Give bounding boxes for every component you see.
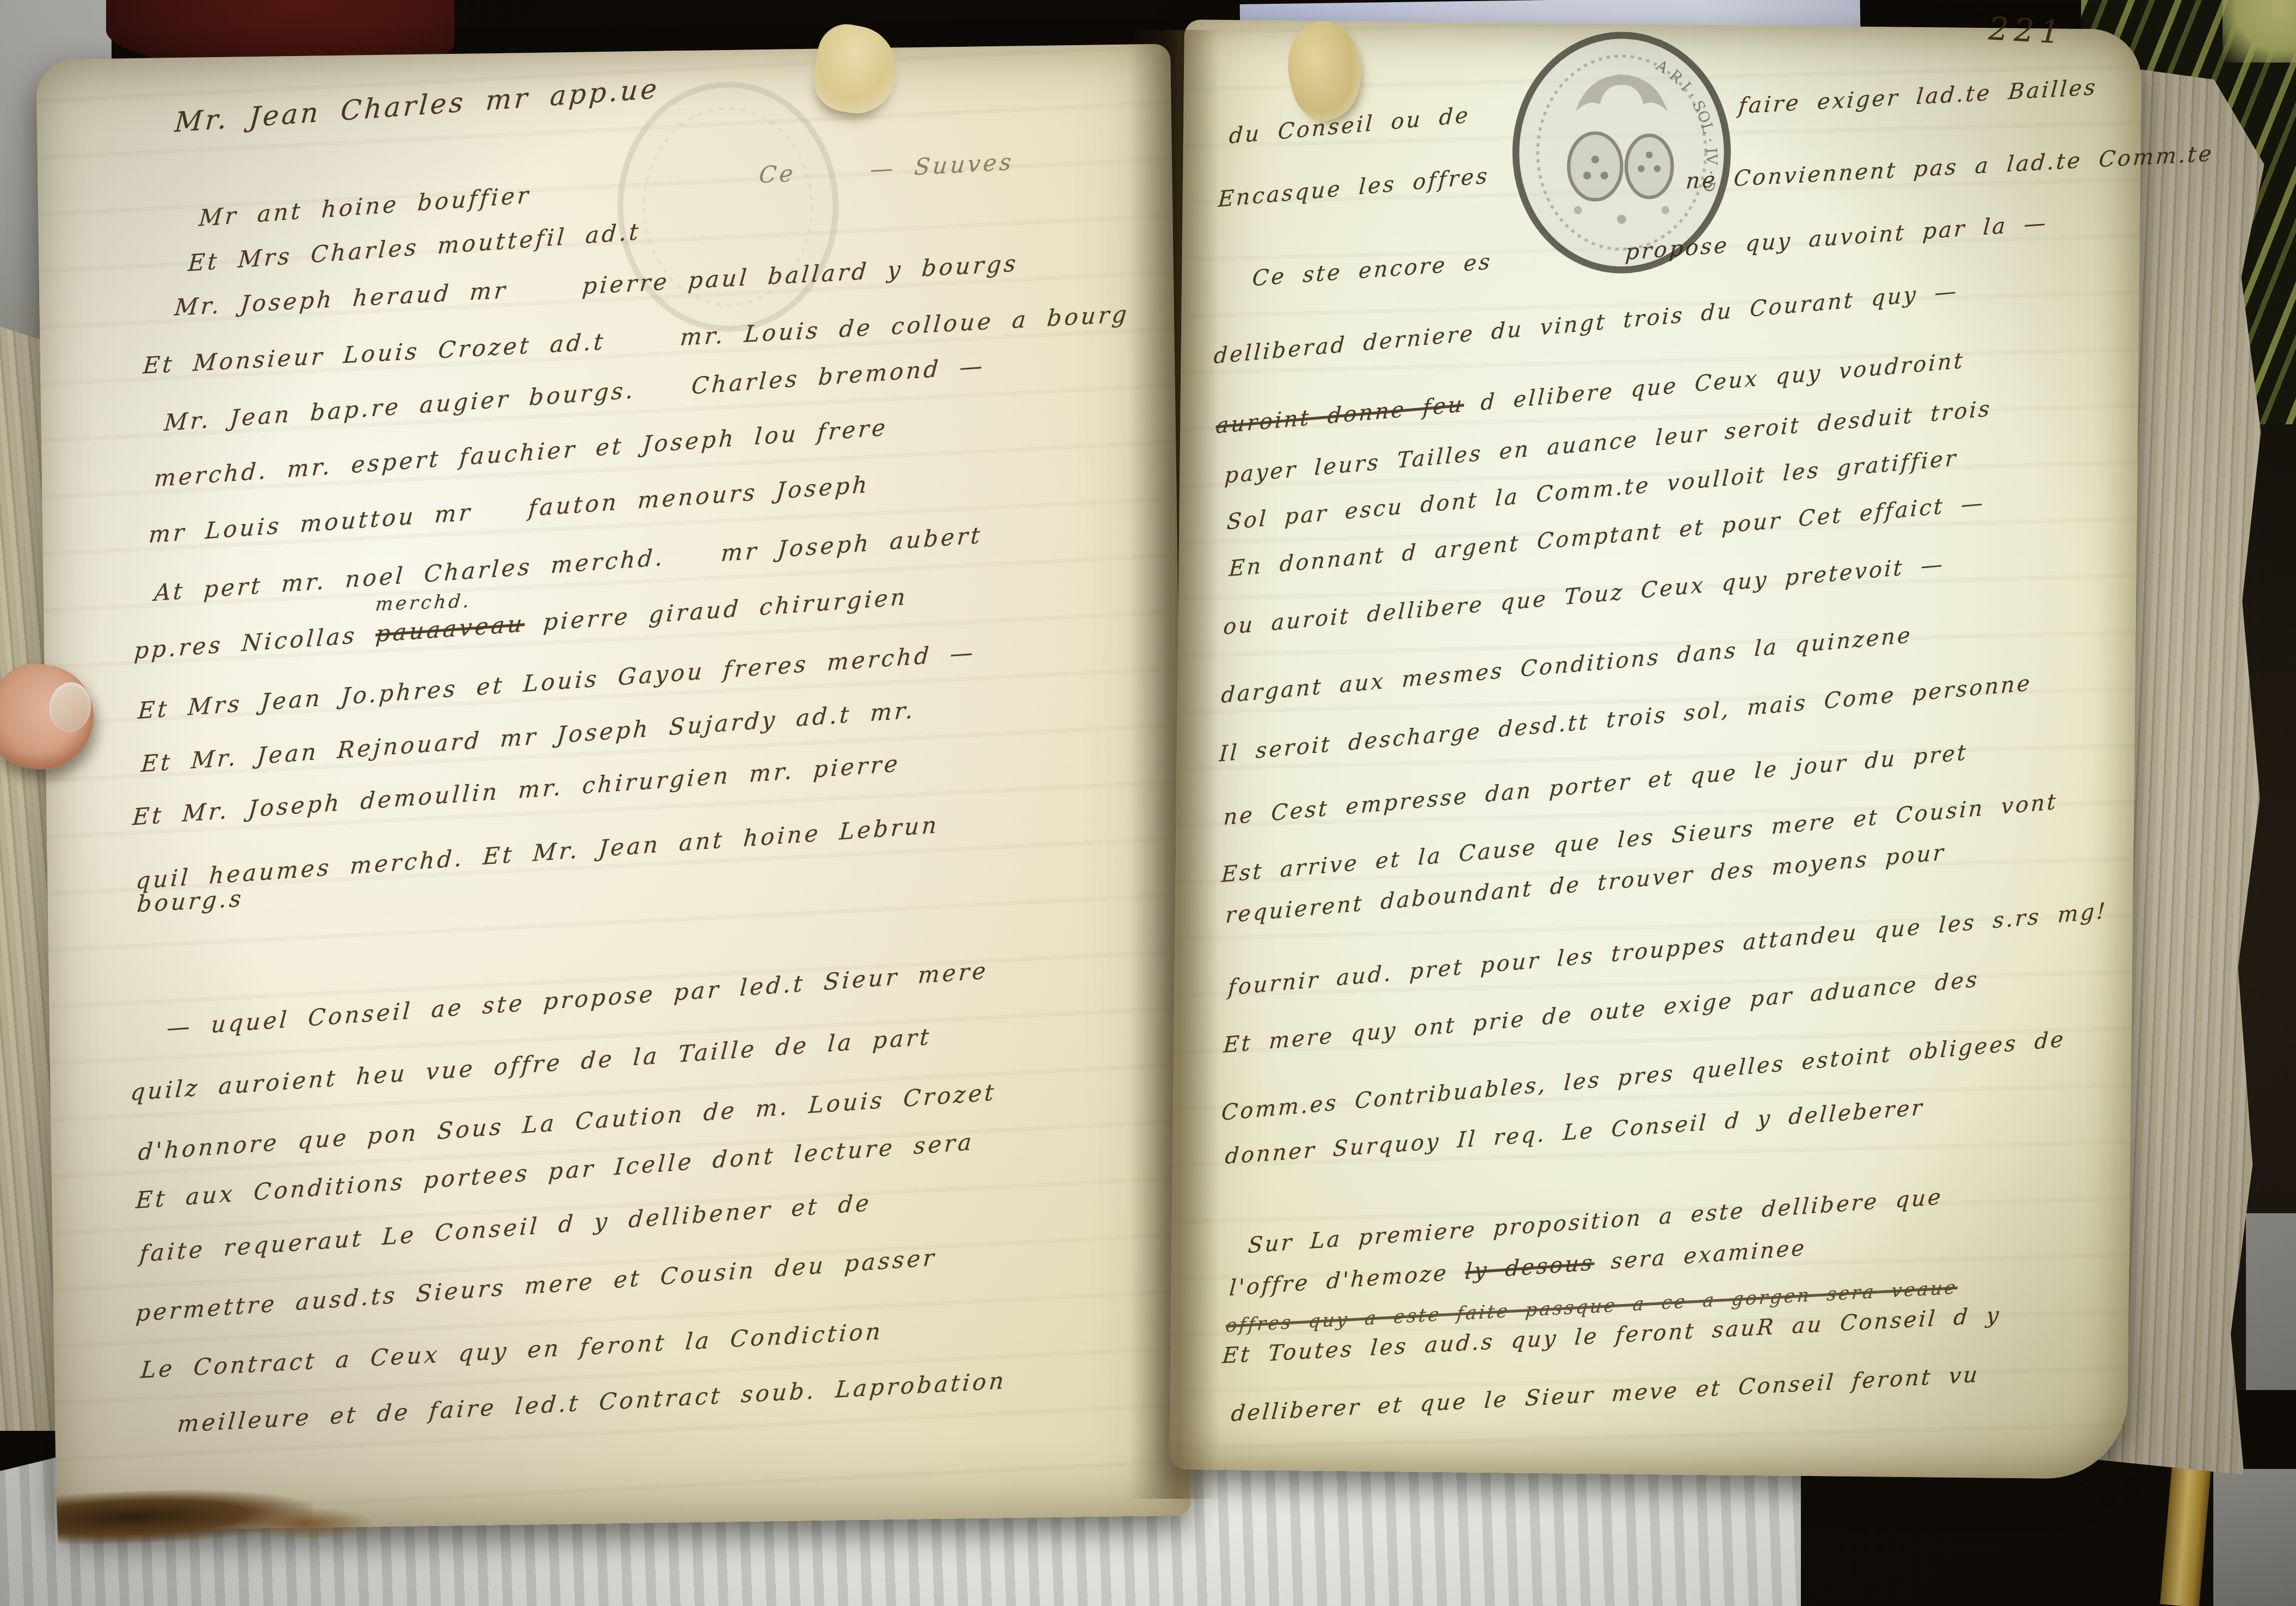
page-number: 221	[1988, 10, 2066, 51]
book-gutter	[1129, 30, 1219, 1499]
stamp-shield-right	[1626, 135, 1672, 197]
stamp-shield-left	[1569, 133, 1621, 200]
background-grey-floor	[2213, 1469, 2296, 1606]
foliage-highlight	[2223, 0, 2296, 63]
manuscript-line: bourg.s	[136, 885, 245, 918]
manuscript-photo: A R I · SOL · IV · D Mr. Jean Charles mr…	[0, 0, 2296, 1606]
manuscript-line: merchd.	[374, 590, 473, 615]
damage-stain-light	[234, 1507, 375, 1540]
embossed-stamp-left	[608, 73, 848, 340]
